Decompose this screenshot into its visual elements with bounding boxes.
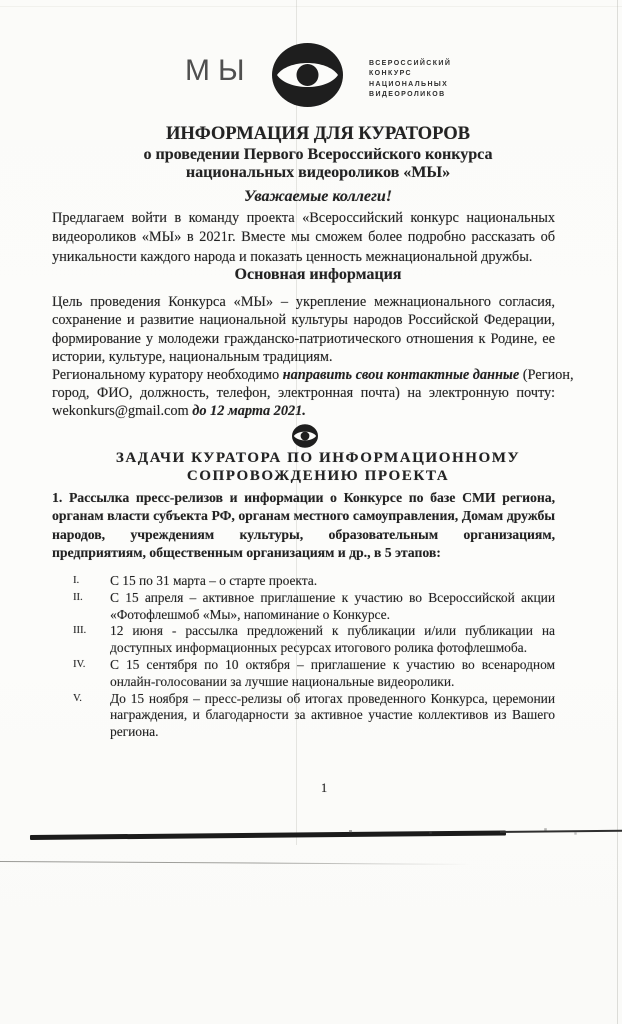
- stage-roman-numeral: IV.: [52, 657, 110, 691]
- contact-text: (Регион,: [519, 367, 573, 383]
- eye-divider-icon: [292, 424, 318, 448]
- contact-deadline: до 12 марта 2021.: [192, 403, 306, 419]
- contact-bold-phrase: направить свои контактные данные: [283, 367, 520, 383]
- tasks-section-heading: ЗАДАЧИ КУРАТОРА ПО ИНФОРМАЦИОННОМУ СОПРО…: [0, 450, 622, 485]
- contact-paragraph: Региональному куратору необходимо направ…: [52, 366, 555, 421]
- contact-email: wekonkurs@gmail.com: [52, 403, 192, 419]
- paragraph-line: истории, культуре, национальным традиция…: [52, 348, 555, 366]
- stage-line: С 15 сентября по 10 октября – приглашени…: [110, 657, 555, 674]
- paragraph-line: сохранение и развитие национальной культ…: [52, 311, 555, 329]
- stage-text: С 15 по 31 марта – о старте проекта.: [110, 573, 555, 590]
- list-item: IV. С 15 сентября по 10 октября – пригла…: [52, 657, 555, 691]
- page-number: 1: [0, 781, 622, 796]
- paragraph-line: уникальности каждого народа и показать ц…: [52, 248, 555, 267]
- list-item: I. С 15 по 31 марта – о старте проекта.: [52, 573, 555, 590]
- paragraph-line: город, ФИО, должность, телефон, электрон…: [52, 384, 555, 402]
- stage-line: С 15 апреля – активное приглашение к уча…: [110, 590, 555, 607]
- eye-logo-icon: [272, 43, 343, 107]
- logo-wordmark: МЫ: [185, 54, 253, 88]
- scan-top-edge-line: [0, 6, 622, 7]
- paragraph-line: предприятиям, общественным организациям …: [52, 544, 555, 562]
- paragraph-line: формирование у молодежи гражданско-патри…: [52, 330, 555, 348]
- logo-caption: ВСЕРОССИЙСКИЙ КОНКУРС НАЦИОНАЛЬНЫХ ВИДЕО…: [369, 59, 451, 101]
- paragraph-line: Региональному куратору необходимо направ…: [52, 366, 555, 384]
- stage-line: 12 июня - рассылка предложений к публика…: [110, 623, 555, 640]
- paragraph-line: Предлагаем войти в команду проекта «Всер…: [52, 209, 555, 228]
- stage-text: С 15 сентября по 10 октября – приглашени…: [110, 657, 555, 691]
- scan-shadow-line: [0, 861, 470, 865]
- logo: МЫ ВСЕРОССИЙСКИЙ КОНКУРС НАЦИОНАЛЬНЫХ ВИ…: [0, 43, 622, 109]
- salutation: Уважаемые коллеги!: [0, 188, 622, 206]
- scan-page-bottom-edge: [30, 830, 506, 840]
- scan-noise-specks: [0, 0, 1, 1]
- stage-roman-numeral: II.: [52, 590, 110, 624]
- logo-caption-line: НАЦИОНАЛЬНЫХ: [369, 80, 451, 90]
- stage-roman-numeral: V.: [52, 691, 110, 741]
- document-title: ИНФОРМАЦИЯ ДЛЯ КУРАТОРОВ о проведении Пе…: [0, 124, 622, 183]
- title-line-2: о проведении Первого Всероссийского конк…: [14, 145, 622, 164]
- logo-caption-line: ВИДЕОРОЛИКОВ: [369, 90, 451, 100]
- list-item: V. До 15 ноября – пресс-релизы об итогах…: [52, 691, 555, 741]
- list-item: III. 12 июня - рассылка предложений к пу…: [52, 623, 555, 657]
- stage-line: региона.: [110, 724, 555, 741]
- stage-line: До 15 ноября – пресс-релизы об итогах пр…: [110, 691, 555, 708]
- stage-line: С 15 по 31 марта – о старте проекта.: [110, 573, 555, 590]
- stage-text: До 15 ноября – пресс-релизы об итогах пр…: [110, 691, 555, 741]
- stage-text: С 15 апреля – активное приглашение к уча…: [110, 590, 555, 624]
- stage-line: «Фотофлешмоб «Мы», напоминание о Конкурс…: [110, 607, 555, 624]
- stage-roman-numeral: III.: [52, 623, 110, 657]
- goal-paragraph: Цель проведения Конкурса «МЫ» – укреплен…: [52, 293, 555, 366]
- stage-line: онлайн-голосовании за лучшие национальны…: [110, 674, 555, 691]
- intro-paragraph: Предлагаем войти в команду проекта «Всер…: [52, 209, 555, 267]
- title-line-3: национальных видеороликов «МЫ»: [14, 164, 622, 183]
- paragraph-line: органам власти субъекта РФ, органам мест…: [52, 507, 555, 525]
- tasks-heading-line-2: СОПРОВОЖДЕНИЮ ПРОЕКТА: [14, 468, 622, 486]
- scan-page-bottom-edge-thin: [500, 830, 622, 833]
- paragraph-line: видеороликов «МЫ» в 2021г. Вместе мы смо…: [52, 228, 555, 247]
- tasks-heading-line-1: ЗАДАЧИ КУРАТОРА ПО ИНФОРМАЦИОННОМУ: [14, 450, 622, 468]
- task-item-1-paragraph: 1. Рассылка пресс-релизов и информации о…: [52, 489, 555, 563]
- logo-caption-line: ВСЕРОССИЙСКИЙ: [369, 59, 451, 69]
- stage-line: доступных информационных ресурсах итогов…: [110, 640, 555, 657]
- paragraph-line: 1. Рассылка пресс-релизов и информации о…: [52, 489, 555, 507]
- stages-list: I. С 15 по 31 марта – о старте проекта. …: [52, 573, 555, 741]
- title-line-1: ИНФОРМАЦИЯ ДЛЯ КУРАТОРОВ: [14, 124, 622, 145]
- main-info-heading: Основная информация: [0, 266, 622, 284]
- stage-line: награждения, и благодарности за активное…: [110, 707, 555, 724]
- logo-caption-line: КОНКУРС: [369, 69, 451, 79]
- paragraph-line: wekonkurs@gmail.com до 12 марта 2021.: [52, 402, 555, 420]
- list-item: II. С 15 апреля – активное приглашение к…: [52, 590, 555, 624]
- paragraph-line: народов, учреждениям культуры, образоват…: [52, 526, 555, 544]
- stage-roman-numeral: I.: [52, 573, 110, 590]
- stage-text: 12 июня - рассылка предложений к публика…: [110, 623, 555, 657]
- contact-text: Региональному куратору необходимо: [52, 367, 283, 383]
- scanned-document-page: МЫ ВСЕРОССИЙСКИЙ КОНКУРС НАЦИОНАЛЬНЫХ ВИ…: [0, 0, 622, 1024]
- paragraph-line: Цель проведения Конкурса «МЫ» – укреплен…: [52, 293, 555, 311]
